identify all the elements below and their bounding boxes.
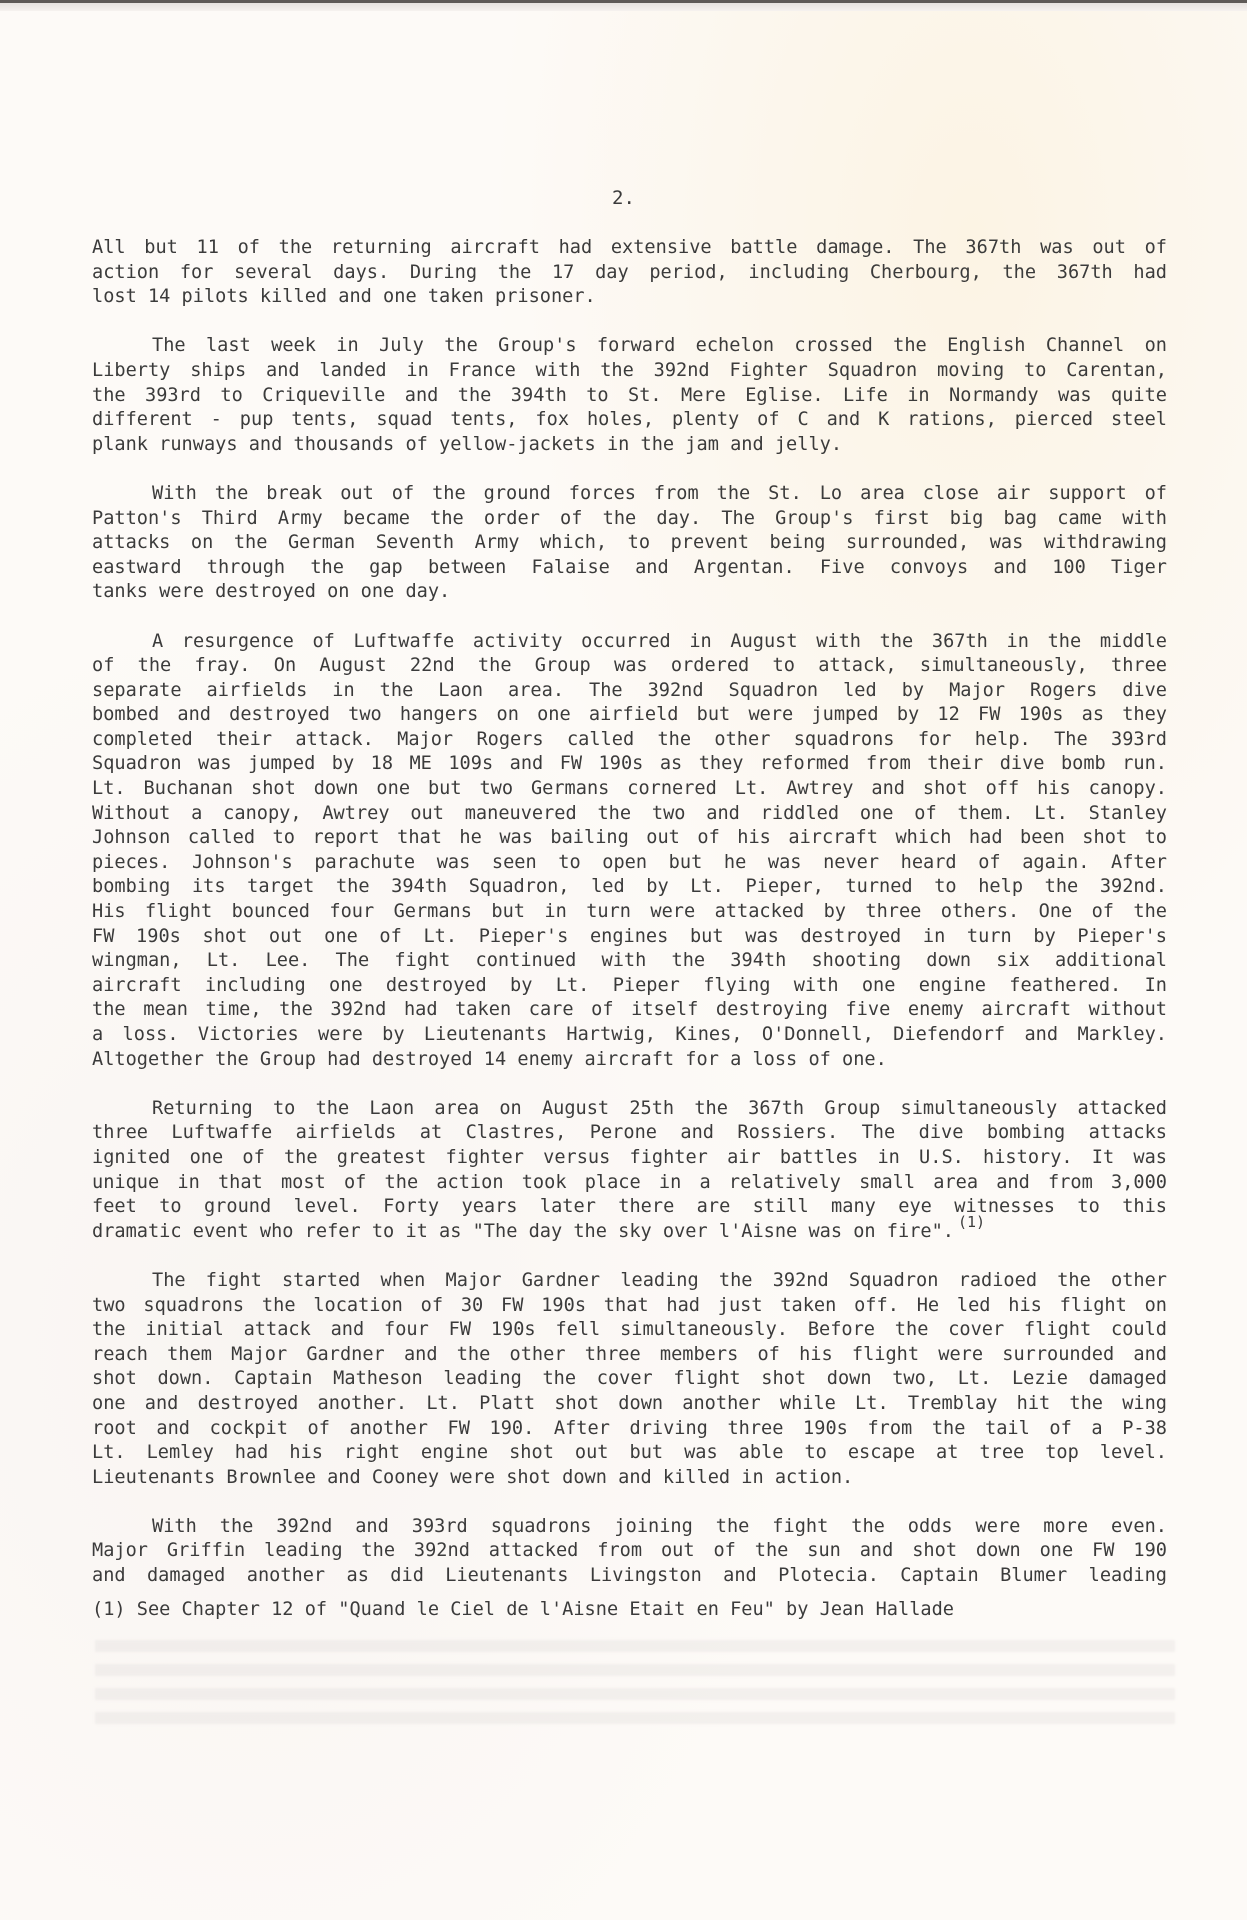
text-line: the 393rd to Criqueville and the 394th t… [92,384,1167,409]
text-line: root and cockpit of another FW 190. Afte… [92,1417,1167,1442]
text-line: bombing its target the 394th Squadron, l… [92,875,1167,900]
text-line: shot down. Captain Matheson leading the … [92,1367,1167,1392]
page-number: 2. [0,187,1247,209]
text-line: Altogether the Group had destroyed 14 en… [92,1048,1167,1073]
text-line: the mean time, the 392nd had taken care … [92,998,1167,1023]
text-line: lost 14 pilots killed and one taken pris… [92,285,1167,310]
text-line: pieces. Johnson's parachute was seen to … [92,851,1167,876]
text-line: a loss. Victories were by Lieutenants Ha… [92,1023,1167,1048]
text-line: ignited one of the greatest fighter vers… [92,1146,1167,1171]
paragraph: All but 11 of the returning aircraft had… [92,236,1172,310]
text-line: unique in that most of the action took p… [92,1171,1167,1196]
text-line: completed their attack. Major Rogers cal… [92,728,1167,753]
paragraph: With the 392nd and 393rd squadrons joini… [92,1515,1172,1589]
text-line: plank runways and thousands of yellow-ja… [92,433,1167,458]
text-line: two squadrons the location of 30 FW 190s… [92,1294,1167,1319]
footnote: (1) See Chapter 12 of "Quand le Ciel de … [92,1598,954,1623]
text-line: Lt. Lemley had his right engine shot out… [92,1441,1167,1466]
paragraph: The last week in July the Group's forwar… [92,334,1172,457]
text-line: attacks on the German Seventh Army which… [92,531,1167,556]
text-line: one and destroyed another. Lt. Platt sho… [92,1392,1167,1417]
text-line: His flight bounced four Germans but in t… [92,900,1167,925]
paragraph: With the break out of the ground forces … [92,482,1172,605]
text-line: three Luftwaffe airfields at Clastres, P… [92,1121,1167,1146]
text-line: Lt. Buchanan shot down one but two Germa… [92,777,1167,802]
text-line: different - pup tents, squad tents, fox … [92,408,1167,433]
text-line: bombed and destroyed two hangers on one … [92,703,1167,728]
document-body: All but 11 of the returning aircraft had… [92,236,1172,1613]
text-line: eastward through the gap between Falaise… [92,556,1167,581]
text-line: separate airfields in the Laon area. The… [92,679,1167,704]
text-line: A resurgence of Luftwaffe activity occur… [92,630,1167,655]
text-line: aircraft including one destroyed by Lt. … [92,974,1167,999]
paragraph: The fight started when Major Gardner lea… [92,1269,1172,1490]
text-line: FW 190s shot out one of Lt. Pieper's eng… [92,925,1167,950]
text-line: wingman, Lt. Lee. The fight continued wi… [92,949,1167,974]
text-line: The fight started when Major Gardner lea… [92,1269,1167,1294]
text-line: reach them Major Gardner and the other t… [92,1343,1167,1368]
text-line: The last week in July the Group's forwar… [92,334,1167,359]
text-line: the initial attack and four FW 190s fell… [92,1318,1167,1343]
text-line: Squadron was jumped by 18 ME 109s and FW… [92,752,1167,777]
paragraph: Returning to the Laon area on August 25t… [92,1097,1172,1245]
text-line: Returning to the Laon area on August 25t… [92,1097,1167,1122]
scan-top-band [0,3,1247,11]
text-line: Lieutenants Brownlee and Cooney were sho… [92,1466,1167,1491]
text-line: tanks were destroyed on one day. [92,580,1167,605]
footnote-reference: (1) [958,1213,985,1231]
text-line: and damaged another as did Lieutenants L… [92,1564,1167,1589]
text-line: All but 11 of the returning aircraft had… [92,236,1167,261]
text-line: feet to ground level. Forty years later … [92,1195,1167,1220]
text-line: dramatic event who refer to it as "The d… [92,1220,1167,1245]
text-line: Patton's Third Army became the order of … [92,507,1167,532]
text-line: of the fray. On August 22nd the Group wa… [92,654,1167,679]
text-line: Johnson called to report that he was bai… [92,826,1167,851]
bleed-through-text [95,1640,1175,1735]
paragraph: A resurgence of Luftwaffe activity occur… [92,630,1172,1073]
text-line: Liberty ships and landed in France with … [92,359,1167,384]
text-line: action for several days. During the 17 d… [92,261,1167,286]
text-line: Major Griffin leading the 392nd attacked… [92,1539,1167,1564]
text-line: With the break out of the ground forces … [92,482,1167,507]
text-line: With the 392nd and 393rd squadrons joini… [92,1515,1167,1540]
text-line: Without a canopy, Awtrey out maneuvered … [92,802,1167,827]
